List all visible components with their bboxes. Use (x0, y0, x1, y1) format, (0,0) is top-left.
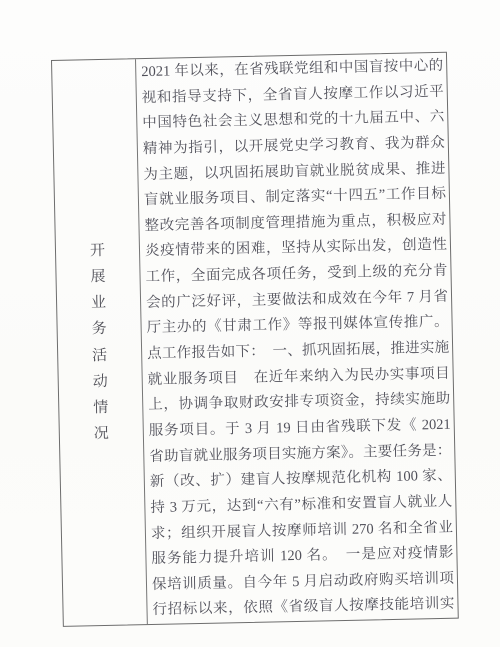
report-body-cell: 2021 年以来，在省残联党组和中国盲按中心的高度重视和指导支持下，全省盲人按摩… (136, 53, 458, 624)
scanned-page: 开展业务活动情况 2021 年以来，在省残联党组和中国盲按中心的高度重视和指导支… (0, 0, 500, 647)
report-text: 2021 年以来，在省残联党组和中国盲按中心的高度重视和指导支持下，全省盲人按摩… (141, 54, 455, 624)
section-title: 开展业务活动情况 (89, 238, 110, 448)
report-table: 开展业务活动情况 2021 年以来，在省残联党组和中国盲按中心的高度重视和指导支… (51, 52, 459, 627)
section-title-cell: 开展业务活动情况 (52, 59, 148, 626)
text-line: 行招标以来，依照《省级盲人按摩技能培训实施规范》 (152, 592, 454, 624)
